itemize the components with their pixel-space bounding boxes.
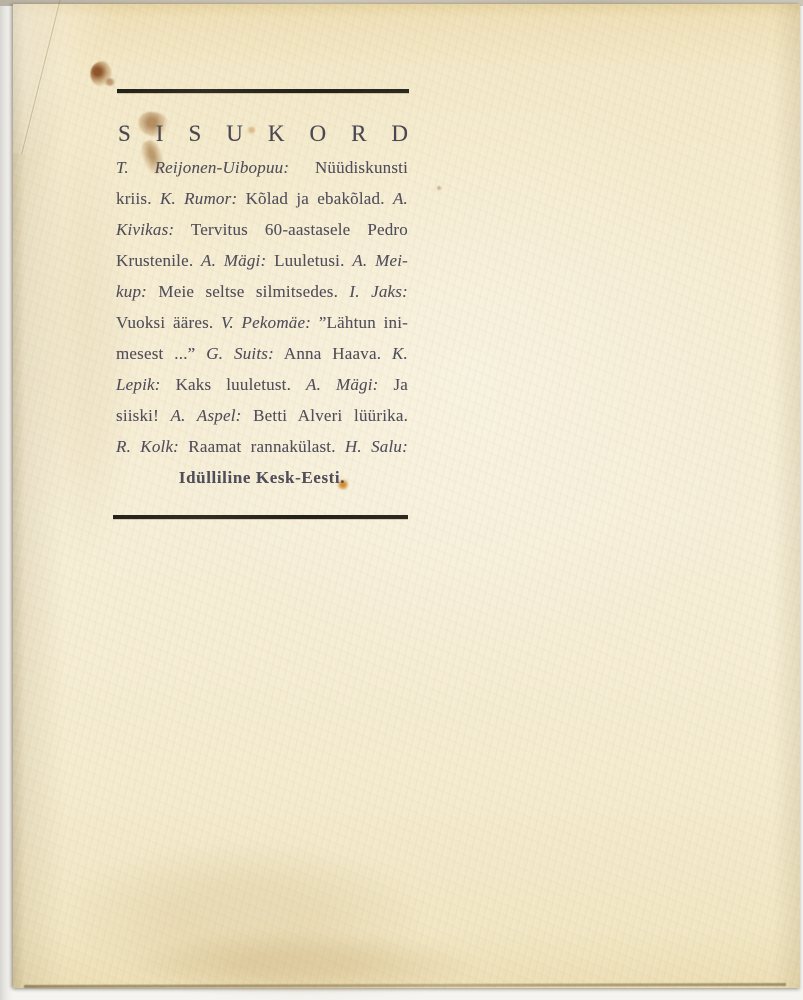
toc-line: kup: Meie seltse silmitsedes. I. Jaks: bbox=[116, 276, 408, 307]
toc-segment: H. Salu: bbox=[345, 437, 408, 456]
toc-segment: Idülliline Kesk-Eesti. bbox=[179, 468, 345, 487]
toc-segment: ”Lähtun ini- bbox=[319, 313, 408, 332]
toc-line: R. Kolk: Raamat rannakülast. H. Salu: bbox=[116, 431, 408, 462]
toc-line: T. Reijonen-Uibopuu: Nüüdiskunsti bbox=[116, 152, 408, 183]
toc-segment: A. Mei- bbox=[352, 251, 408, 270]
toc-segment: Reijonen-Uibopuu: bbox=[155, 158, 290, 177]
scanned-book-page: SISUKORD T. Reijonen-Uibopuu: Nüüdiskuns… bbox=[0, 0, 803, 1000]
toc-segment: Lepik: bbox=[116, 375, 161, 394]
toc-line: Lepik: Kaks luuletust. A. Mägi: Ja bbox=[116, 369, 408, 400]
toc-segment: G. Suits: bbox=[206, 344, 274, 363]
toc-segment: Luuletusi. bbox=[274, 251, 344, 270]
toc-line: siiski! A. Aspel: Betti Alveri lüürika. bbox=[116, 400, 408, 431]
toc-segment: siiski! bbox=[116, 406, 159, 425]
toc-segment: Ja bbox=[393, 375, 408, 394]
toc-segment: kriis. bbox=[116, 189, 152, 208]
toc-segment: Krustenile. bbox=[116, 251, 193, 270]
toc-segment: Tervitus bbox=[191, 220, 248, 239]
toc-segment: Kõlad ja ebakõlad. bbox=[246, 189, 385, 208]
toc-segment: A. bbox=[393, 189, 408, 208]
toc-segment: Raamat rannakülast. bbox=[188, 437, 335, 456]
top-rule bbox=[117, 89, 409, 93]
toc-line: Idülliline Kesk-Eesti. bbox=[116, 462, 408, 493]
toc-segment: Pedro bbox=[367, 220, 408, 239]
toc-segment: mesest ...” bbox=[116, 344, 195, 363]
toc-segment: Anna Haava. bbox=[284, 344, 381, 363]
toc-segment: I. Jaks: bbox=[349, 282, 408, 301]
toc-line: kriis. K. Rumor: Kõlad ja ebakõlad. A. bbox=[116, 183, 408, 214]
toc-line: Krustenile. A. Mägi: Luuletusi. A. Mei- bbox=[116, 245, 408, 276]
bottom-rule bbox=[113, 515, 408, 519]
toc-segment: K. Rumor: bbox=[160, 189, 237, 208]
toc-line: Vuoksi ääres. V. Pekomäe: ”Lähtun ini- bbox=[116, 307, 408, 338]
toc-segment: kup: bbox=[116, 282, 147, 301]
toc-segment: Nüüdiskunsti bbox=[315, 158, 408, 177]
toc-segment: Kaks luuletust. bbox=[176, 375, 291, 394]
table-of-contents: T. Reijonen-Uibopuu: Nüüdiskunstikriis. … bbox=[116, 152, 408, 493]
toc-segment: Meie seltse silmitsedes. bbox=[158, 282, 338, 301]
toc-segment: K. bbox=[392, 344, 408, 363]
toc-segment: T. bbox=[116, 158, 129, 177]
toc-segment: A. Mägi: bbox=[306, 375, 379, 394]
toc-segment: A. Aspel: bbox=[171, 406, 242, 425]
toc-line: mesest ...” G. Suits: Anna Haava. K. bbox=[116, 338, 408, 369]
toc-segment: Vuoksi ääres. bbox=[116, 313, 213, 332]
toc-line: Kivikas: Tervitus 60-aastasele Pedro bbox=[116, 214, 408, 245]
page-title: SISUKORD bbox=[118, 121, 433, 147]
toc-segment: A. Mägi: bbox=[201, 251, 266, 270]
toc-segment: 60-aastasele bbox=[265, 220, 350, 239]
toc-segment: Betti Alveri lüürika. bbox=[253, 406, 408, 425]
toc-segment: R. Kolk: bbox=[116, 437, 179, 456]
toc-segment: Kivikas: bbox=[116, 220, 174, 239]
toc-segment: V. Pekomäe: bbox=[221, 313, 311, 332]
